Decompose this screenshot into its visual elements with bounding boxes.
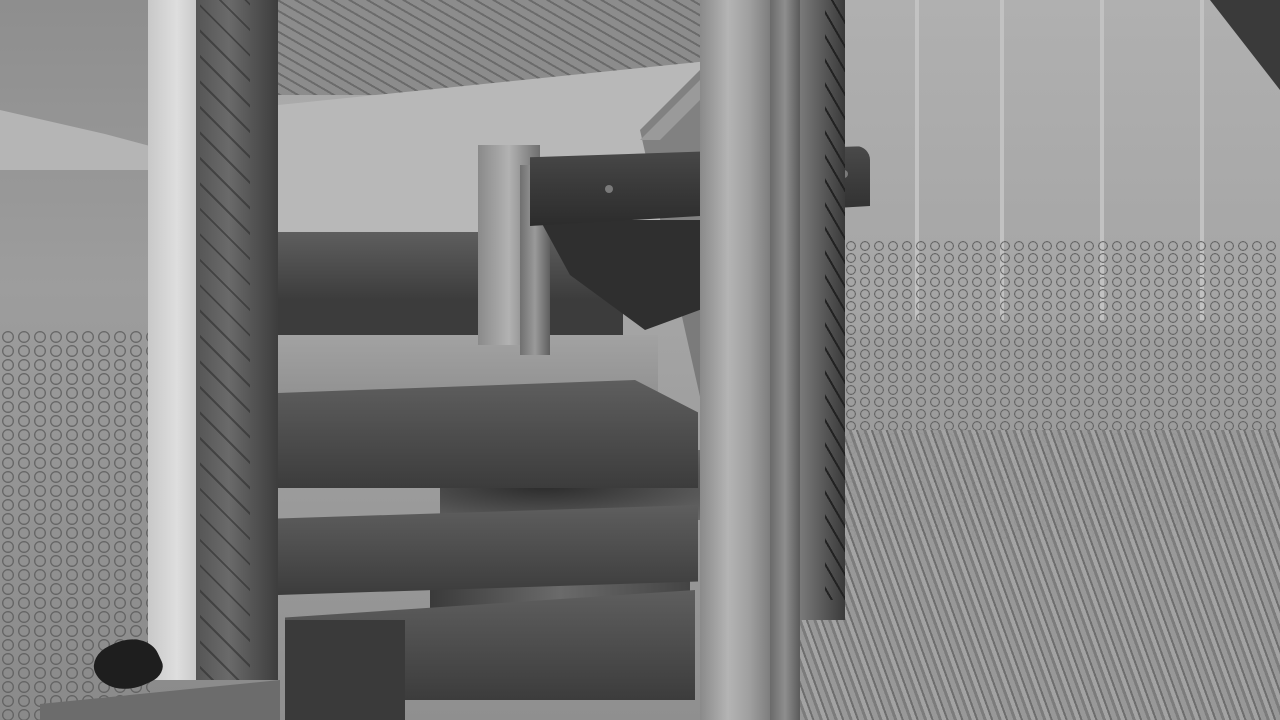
gate-board (278, 380, 698, 488)
post-chain (825, 0, 845, 600)
gate-board (278, 505, 698, 595)
left-post-chain (200, 0, 250, 680)
gate-post (700, 0, 770, 720)
gate-post-strip (770, 0, 800, 720)
gate-upright (285, 620, 405, 720)
rivet (605, 185, 613, 193)
photo-scene (0, 0, 1280, 720)
grass (790, 430, 1280, 720)
